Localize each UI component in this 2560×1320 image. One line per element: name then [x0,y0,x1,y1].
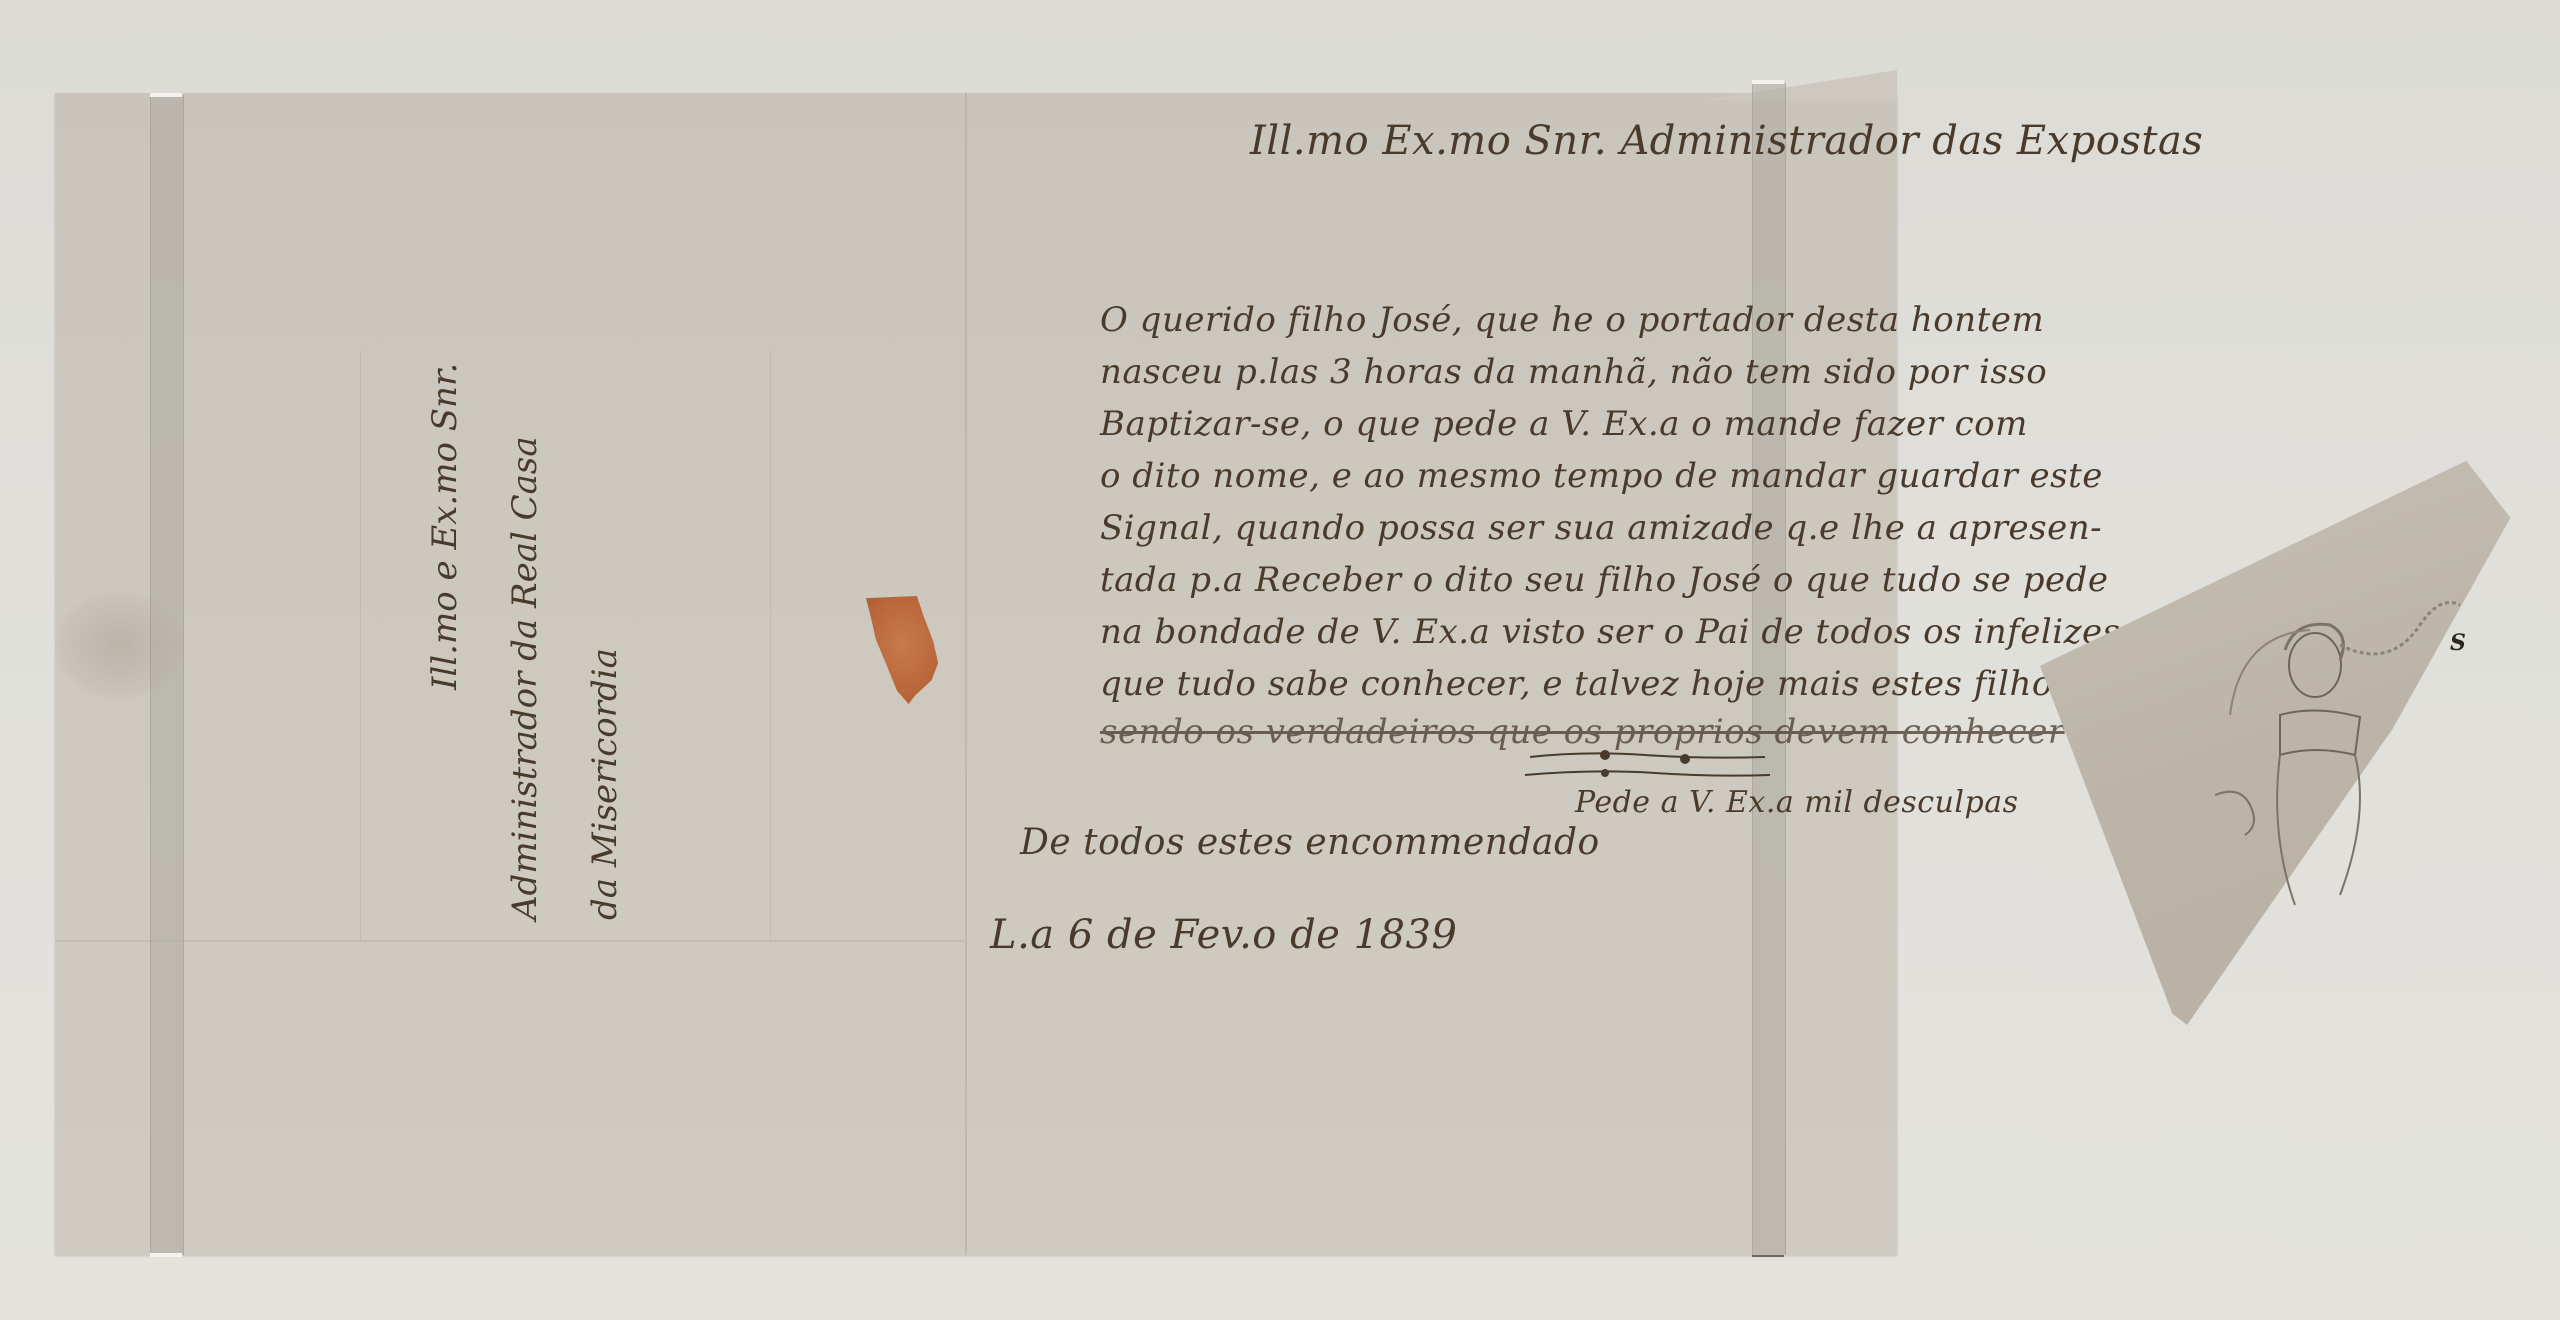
body-line-6: tada p.a Receber o dito seu filho José o… [1100,560,2109,600]
salutation: Ill.mo Ex.mo Snr. Administrador das Expo… [1250,118,2203,164]
tape-cap-right-bottom [1752,1255,1784,1257]
body-line-3: Baptizar-se, o que pede a V. Ex.a o mand… [1100,404,2028,444]
tape-cap-right-top [1752,80,1784,84]
body-line-7: na bondade de V. Ex.a visto ser o Pai de… [1100,612,2121,652]
body-line-4: o dito nome, e ao mesmo tempo de mandar … [1100,456,2103,496]
body-line-1: O querido filho José, que he o portador … [1100,300,2044,340]
address-line-2: Administrador da Real Casa [505,436,545,920]
sheet-corner-lift [1705,70,1897,100]
signature-flourish [1525,745,1775,785]
address-panel-fold-right [770,350,771,940]
mounting-tape-left [150,95,184,1255]
fragment-mark: S [2450,630,2466,656]
address-line-1: Ill.mo e Ex.mo Snr. [425,363,465,690]
closing-line: Pede a V. Ex.a mil desculpas [1575,785,2019,820]
valediction: De todos estes encommendado [1020,822,1600,863]
sketch-fragment: S [2040,455,2530,1025]
woman-sketch-icon: S [2040,455,2530,1025]
center-fold-line [965,93,967,1255]
tape-cap-left-top [150,93,182,97]
address-panel: Ill.mo e Ex.mo Snr. Administrador da Rea… [330,360,660,920]
tape-cap-left-bottom [150,1253,182,1257]
dateline: L.a 6 de Fev.o de 1839 [990,912,1457,958]
body-line-2: nasceu p.las 3 horas da manhã, não tem s… [1100,352,2047,392]
address-line-3: da Misericordia [585,648,625,920]
body-line-5: Signal, quando possa ser sua amizade q.e… [1100,508,2102,548]
body-line-8: que tudo sabe conhecer, e talvez hoje ma… [1100,664,2071,704]
horizontal-fold-line [55,940,965,942]
